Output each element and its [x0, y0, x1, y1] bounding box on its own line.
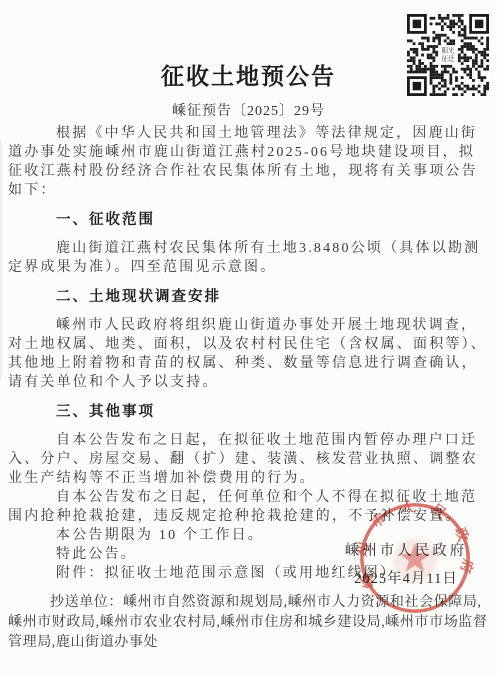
- doc-number: 嵊征预告〔2025〕29号: [0, 100, 497, 120]
- intro-paragraph: 根据《中华人民共和国土地管理法》等法律规定，因鹿山街道办事处实施嵊州市鹿山街道江…: [8, 124, 488, 200]
- issuer-name: 嵊州市人民政府: [326, 543, 486, 559]
- scan-edge-artifact: [0, 140, 2, 380]
- section-heading-other: 三、其他事项: [8, 403, 488, 422]
- section-heading-survey: 二、土地现状调查安排: [8, 288, 488, 307]
- qr-center-label: 阳光征迁: [440, 47, 456, 64]
- section-heading-scope: 一、征收范围: [8, 211, 488, 230]
- issue-date: 2025年4月11日: [326, 571, 486, 587]
- scope-paragraph: 鹿山街道江燕村农民集体所有土地3.8480公顷（具体以勘测定界成果为准）。四至范…: [8, 239, 488, 277]
- document-body: 根据《中华人民共和国土地管理法》等法律规定，因鹿山街道办事处实施嵊州市鹿山街道江…: [8, 124, 488, 583]
- signature-block: 嵊州市人民政府 2025年4月11日: [326, 543, 486, 587]
- survey-paragraph: 嵊州市人民政府将组织鹿山街道办事处开展土地现状调查，对土地权属、地类、面积，以及…: [8, 316, 488, 392]
- other-paragraph-rush: 自本公告发布之日起，任何单位和个人不得在拟征收土地范围内抢种抢栽抢建，违反规定抢…: [8, 488, 488, 526]
- qr-code: 阳光征迁: [407, 14, 489, 96]
- other-paragraph-freeze: 自本公告发布之日起，在拟征收土地范围内暂停办理户口迁入、分户、房屋交易、翻（扩）…: [8, 431, 488, 488]
- cc-list: 抄送单位：嵊州市自然资源和规划局,嵊州市人力资源和社会保障局,嵊州市财政局,嵊州…: [8, 593, 489, 653]
- document-page: 征收土地预公告 嵊征预告〔2025〕29号 阳光征迁 根据《中华人民共和国土地管…: [0, 0, 497, 674]
